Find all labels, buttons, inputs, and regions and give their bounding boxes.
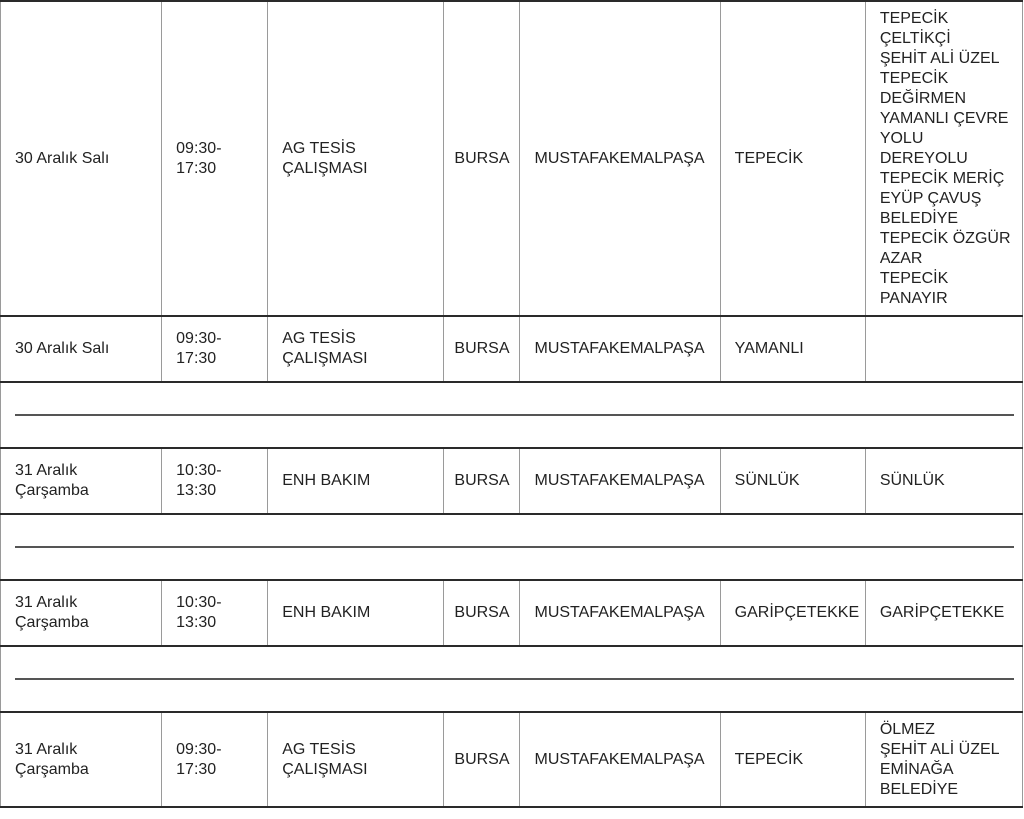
neighborhood-cell: YAMANLI	[720, 316, 865, 382]
date-cell: 31 Aralık Çarşamba	[1, 712, 162, 807]
neighborhood-text: YAMANLI	[735, 340, 804, 357]
time-cell: 10:30- 13:30	[162, 448, 268, 514]
work-type-text: ENH BAKIM	[282, 471, 382, 491]
neighborhood-text: GARİPÇETEKKE	[735, 604, 859, 621]
time-text: 10:30- 13:30	[176, 462, 221, 499]
street-name: ŞEHİT ALİ ÜZEL	[880, 740, 1008, 760]
province-text: BURSA	[454, 340, 509, 357]
separator-cell	[1, 514, 1023, 580]
neighborhood-cell: GARİPÇETEKKE	[720, 580, 865, 646]
street-name: DEĞİRMEN	[880, 89, 1008, 109]
district-text: MUSTAFAKEMALPAŞA	[534, 472, 704, 489]
district-text: MUSTAFAKEMALPAŞA	[534, 340, 704, 357]
province-text: BURSA	[454, 751, 509, 768]
street-name: BELEDİYE	[880, 780, 1008, 800]
province-text: BURSA	[454, 604, 509, 621]
power-outage-table: 30 Aralık Salı09:30- 17:30AG TESİS ÇALIŞ…	[0, 0, 1023, 808]
street-name: GARİPÇETEKKE	[880, 603, 1008, 623]
province-cell: BURSA	[444, 580, 520, 646]
province-cell: BURSA	[444, 1, 520, 316]
work-type-cell: AG TESİS ÇALIŞMASI	[268, 712, 444, 807]
time-cell: 10:30- 13:30	[162, 580, 268, 646]
province-cell: BURSA	[444, 712, 520, 807]
district-cell: MUSTAFAKEMALPAŞA	[520, 448, 720, 514]
table-row: 31 Aralık Çarşamba09:30- 17:30AG TESİS Ç…	[1, 712, 1023, 807]
district-cell: MUSTAFAKEMALPAŞA	[520, 712, 720, 807]
table-row: 30 Aralık Salı09:30- 17:30AG TESİS ÇALIŞ…	[1, 316, 1023, 382]
time-cell: 09:30- 17:30	[162, 712, 268, 807]
separator-cell	[1, 646, 1023, 712]
district-text: MUSTAFAKEMALPAŞA	[534, 604, 704, 621]
neighborhood-cell: TEPECİK	[720, 712, 865, 807]
street-name: ŞEHİT ALİ ÜZEL	[880, 49, 1008, 69]
time-cell: 09:30- 17:30	[162, 316, 268, 382]
outage-table-body: 30 Aralık Salı09:30- 17:30AG TESİS ÇALIŞ…	[1, 1, 1023, 807]
neighborhood-cell: TEPECİK	[720, 1, 865, 316]
street-name: SÜNLÜK	[880, 471, 1008, 491]
horizontal-rule	[15, 678, 1014, 680]
horizontal-rule	[15, 546, 1014, 548]
street-name: EYÜP ÇAVUŞ	[880, 189, 1008, 209]
neighborhood-text: TEPECİK	[735, 751, 803, 768]
table-row: 30 Aralık Salı09:30- 17:30AG TESİS ÇALIŞ…	[1, 1, 1023, 316]
streets-cell: SÜNLÜK	[865, 448, 1022, 514]
province-cell: BURSA	[444, 316, 520, 382]
street-name: TEPECİK	[880, 9, 1008, 29]
work-type-cell: AG TESİS ÇALIŞMASI	[268, 316, 444, 382]
work-type-cell: AG TESİS ÇALIŞMASI	[268, 1, 444, 316]
street-name: TEPECİK ÖZGÜR	[880, 229, 1008, 249]
street-name: PANAYIR	[880, 289, 1008, 309]
date-cell: 30 Aralık Salı	[1, 1, 162, 316]
district-cell: MUSTAFAKEMALPAŞA	[520, 580, 720, 646]
time-text: 09:30- 17:30	[176, 741, 221, 778]
work-type-cell: ENH BAKIM	[268, 580, 444, 646]
date-cell: 30 Aralık Salı	[1, 316, 162, 382]
separator-row	[1, 646, 1023, 712]
streets-cell: ÖLMEZŞEHİT ALİ ÜZELEMİNAĞABELEDİYE	[865, 712, 1022, 807]
date-text: 30 Aralık Salı	[15, 339, 125, 359]
district-text: MUSTAFAKEMALPAŞA	[534, 150, 704, 167]
street-name: ÖLMEZ	[880, 720, 1008, 740]
time-cell: 09:30- 17:30	[162, 1, 268, 316]
separator-row	[1, 382, 1023, 448]
separator-row	[1, 514, 1023, 580]
work-type-text: AG TESİS ÇALIŞMASI	[282, 139, 382, 179]
table-row: 31 Aralık Çarşamba10:30- 13:30ENH BAKIMB…	[1, 448, 1023, 514]
time-text: 10:30- 13:30	[176, 594, 221, 631]
table-row: 31 Aralık Çarşamba10:30- 13:30ENH BAKIMB…	[1, 580, 1023, 646]
work-type-cell: ENH BAKIM	[268, 448, 444, 514]
district-cell: MUSTAFAKEMALPAŞA	[520, 1, 720, 316]
work-type-text: ENH BAKIM	[282, 603, 382, 623]
time-text: 09:30- 17:30	[176, 140, 221, 177]
work-type-text: AG TESİS ÇALIŞMASI	[282, 740, 382, 780]
date-text: 31 Aralık Çarşamba	[15, 593, 125, 633]
separator-cell	[1, 382, 1023, 448]
street-name: TEPECİK MERİÇ	[880, 169, 1008, 189]
street-name: AZAR	[880, 249, 1008, 269]
province-cell: BURSA	[444, 448, 520, 514]
date-text: 30 Aralık Salı	[15, 149, 125, 169]
horizontal-rule	[15, 414, 1014, 416]
time-text: 09:30- 17:30	[176, 330, 221, 367]
district-text: MUSTAFAKEMALPAŞA	[534, 751, 704, 768]
street-name: EMİNAĞA	[880, 760, 1008, 780]
streets-cell	[865, 316, 1022, 382]
neighborhood-cell: SÜNLÜK	[720, 448, 865, 514]
street-name: YOLU	[880, 129, 1008, 149]
date-cell: 31 Aralık Çarşamba	[1, 580, 162, 646]
date-text: 31 Aralık Çarşamba	[15, 740, 125, 780]
date-cell: 31 Aralık Çarşamba	[1, 448, 162, 514]
province-text: BURSA	[454, 472, 509, 489]
streets-cell: TEPECİKÇELTİKÇİŞEHİT ALİ ÜZELTEPECİKDEĞİ…	[865, 1, 1022, 316]
date-text: 31 Aralık Çarşamba	[15, 461, 125, 501]
street-name: TEPECİK	[880, 69, 1008, 89]
work-type-text: AG TESİS ÇALIŞMASI	[282, 329, 382, 369]
province-text: BURSA	[454, 150, 509, 167]
streets-cell: GARİPÇETEKKE	[865, 580, 1022, 646]
street-name: DEREYOLU	[880, 149, 1008, 169]
street-name: TEPECİK	[880, 269, 1008, 289]
neighborhood-text: TEPECİK	[735, 150, 803, 167]
street-name: ÇELTİKÇİ	[880, 29, 1008, 49]
neighborhood-text: SÜNLÜK	[735, 472, 800, 489]
street-name: BELEDİYE	[880, 209, 1008, 229]
district-cell: MUSTAFAKEMALPAŞA	[520, 316, 720, 382]
street-name: YAMANLI ÇEVRE	[880, 109, 1008, 129]
